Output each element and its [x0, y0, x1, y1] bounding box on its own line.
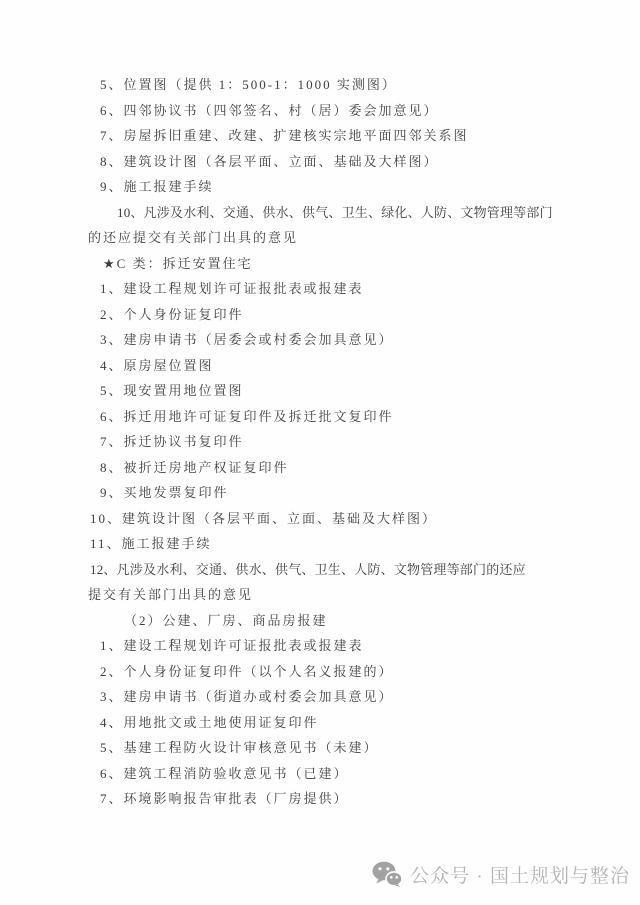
document-page: 5、位置图（提供 1：500-1：1000 实测图）6、四邻协议书（四邻签名、村… — [0, 0, 640, 905]
document-line: 4、用地批文或土地使用证复印件 — [0, 709, 640, 735]
document-line: 12、凡涉及水利、交通、供水、供气、卫生、人防、文物管理等部门的还应 — [0, 556, 640, 582]
document-line: 10、建筑设计图（各层平面、立面、基础及大样图） — [0, 505, 640, 531]
document-line: 3、建房申请书（街道办或村委会加具意见） — [0, 683, 640, 709]
wechat-icon — [372, 861, 402, 887]
document-line: 1、建设工程规划许可证报批表或报建表 — [0, 632, 640, 658]
document-line: 11、施工报建手续 — [0, 530, 640, 556]
document-line: 7、房屋拆旧重建、改建、扩建核实宗地平面四邻关系图 — [0, 122, 640, 148]
document-line: 1、建设工程规划许可证报批表或报建表 — [0, 275, 640, 301]
document-line: 9、买地发票复印件 — [0, 479, 640, 505]
document-line: （2）公建、厂房、商品房报建 — [0, 607, 640, 633]
document-body: 5、位置图（提供 1：500-1：1000 实测图）6、四邻协议书（四邻签名、村… — [0, 0, 640, 811]
document-line: 7、环境影响报告审批表（厂房提供） — [0, 785, 640, 811]
document-line: 的还应提交有关部门出具的意见 — [0, 224, 640, 250]
document-line: 9、施工报建手续 — [0, 173, 640, 199]
document-line: 4、原房屋位置图 — [0, 352, 640, 378]
watermark: 公众号 · 国土规划与整治 — [372, 859, 630, 889]
watermark-text: 公众号 · 国土规划与整治 — [410, 861, 630, 888]
document-line: 8、被折迁房地产权证复印件 — [0, 454, 640, 480]
document-line: 2、个人身份证复印件（以个人名义报建的） — [0, 658, 640, 684]
document-line: 6、拆迁用地许可证复印件及拆迁批文复印件 — [0, 403, 640, 429]
document-line: 提交有关部门出具的意见 — [0, 581, 640, 607]
document-line: ★C 类：拆迁安置住宅 — [0, 250, 640, 276]
document-line: 5、基建工程防火设计审核意见书（未建） — [0, 734, 640, 760]
document-line: 2、个人身份证复印件 — [0, 301, 640, 327]
document-line: 8、建筑设计图（各层平面、立面、基础及大样图） — [0, 148, 640, 174]
document-line: 6、四邻协议书（四邻签名、村（居）委会加意见） — [0, 97, 640, 123]
document-line: 5、位置图（提供 1：500-1：1000 实测图） — [0, 71, 640, 97]
document-line: 10、凡涉及水利、交通、供水、供气、卫生、绿化、人防、文物管理等部门 — [0, 199, 640, 225]
document-line: 6、建筑工程消防验收意见书（已建） — [0, 760, 640, 786]
document-line: 7、拆迁协议书复印件 — [0, 428, 640, 454]
document-line: 5、现安置用地位置图 — [0, 377, 640, 403]
document-line: 3、建房申请书（居委会或村委会加具意见） — [0, 326, 640, 352]
